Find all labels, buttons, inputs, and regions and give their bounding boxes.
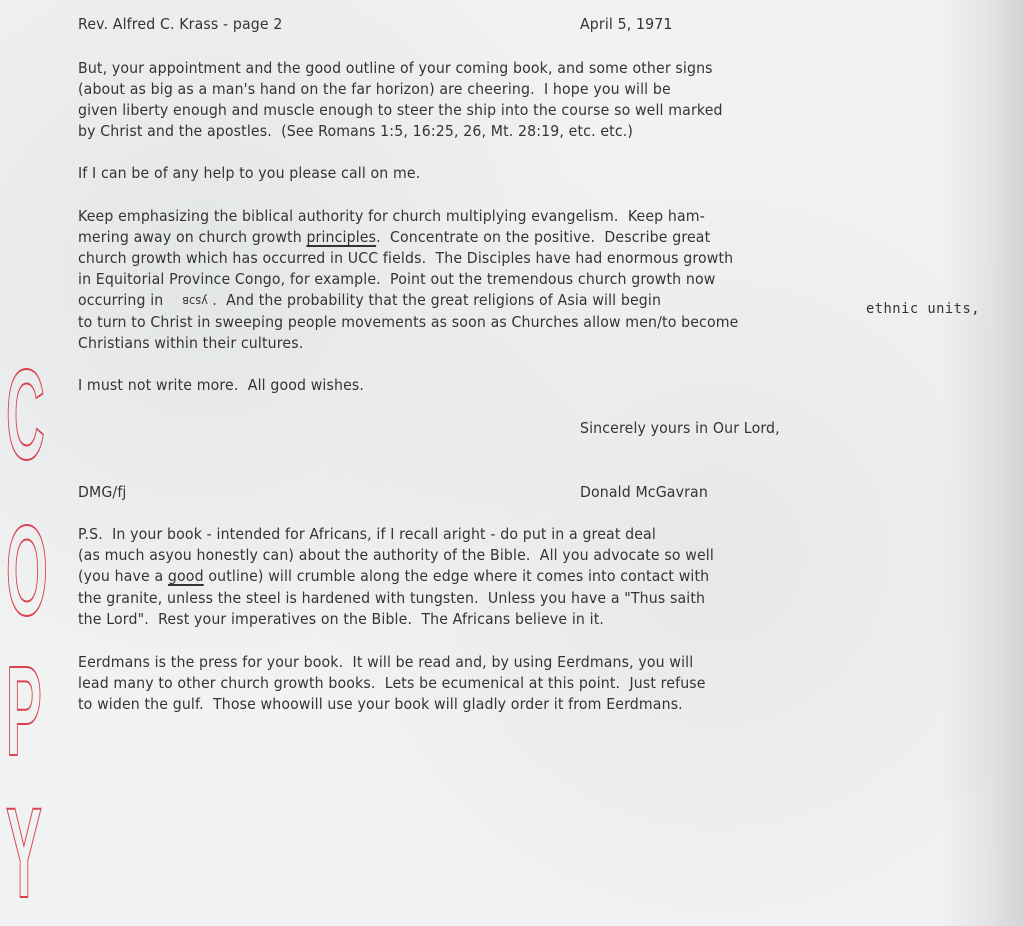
paragraph-3-line: to turn to Christ in sweeping people mov… (78, 312, 738, 332)
underlined-word: principles (306, 228, 376, 246)
paragraph-1-line: (about as big as a man's hand on the far… (78, 79, 671, 99)
stamp-letter-p: P (6, 648, 42, 776)
paragraph-3-line: Christians within their cultures. (78, 333, 303, 353)
paragraph-4: I must not write more. All good wishes. (78, 375, 364, 395)
postscript-line: the Lord". Rest your imperatives on the … (78, 609, 604, 629)
paragraph-3-line: occurring in ysɔв . And the probability … (78, 290, 661, 311)
paragraph-3-line: mering away on church growth principles.… (78, 227, 710, 247)
postscript-line: (you have a good outline) will crumble a… (78, 566, 709, 586)
postscript-line: the granite, unless the steel is hardene… (78, 588, 705, 608)
paragraph-2: If I can be of any help to you please ca… (78, 163, 420, 183)
postscript-line: (as much asyou honestly can) about the a… (78, 545, 714, 565)
paragraph-3-line: church growth which has occurred in UCC … (78, 248, 733, 268)
paragraph-1-line: given liberty enough and muscle enough t… (78, 100, 723, 120)
inverted-insert: ysɔв (182, 291, 208, 311)
underlined-word: good (168, 567, 204, 585)
handwritten-insert: ethnic units, (866, 301, 980, 317)
text: mering away on church growth (78, 228, 306, 246)
paragraph-5-line: Eerdmans is the press for your book. It … (78, 652, 693, 672)
text: . And the probability that the great rel… (208, 291, 661, 309)
header-recipient: Rev. Alfred C. Krass - page 2 (78, 14, 282, 34)
initials: DMG/fj (78, 482, 127, 502)
paragraph-1-line: But, your appointment and the good outli… (78, 58, 713, 78)
text: (you have a (78, 567, 168, 585)
text: outline) will crumble along the edge whe… (204, 567, 710, 585)
paragraph-3-line: in Equitorial Province Congo, for exampl… (78, 269, 715, 289)
text: occurring in (78, 291, 182, 309)
stamp-letter-c: C (6, 352, 45, 480)
postscript-line: P.S. In your book - intended for African… (78, 524, 656, 544)
stamp-letter-y: Y (6, 790, 42, 918)
signature-name: Donald McGavran (580, 482, 708, 502)
stamp-letter-o: O (6, 508, 48, 636)
text: . Concentrate on the positive. Describe … (376, 228, 710, 246)
header-date: April 5, 1971 (580, 14, 673, 34)
closing: Sincerely yours in Our Lord, (580, 418, 780, 438)
paragraph-1-line: by Christ and the apostles. (See Romans … (78, 121, 633, 141)
paragraph-5-line: lead many to other church growth books. … (78, 673, 706, 693)
paragraph-3-line: Keep emphasizing the biblical authority … (78, 206, 705, 226)
paragraph-5-line: to widen the gulf. Those whoowill use yo… (78, 694, 683, 714)
